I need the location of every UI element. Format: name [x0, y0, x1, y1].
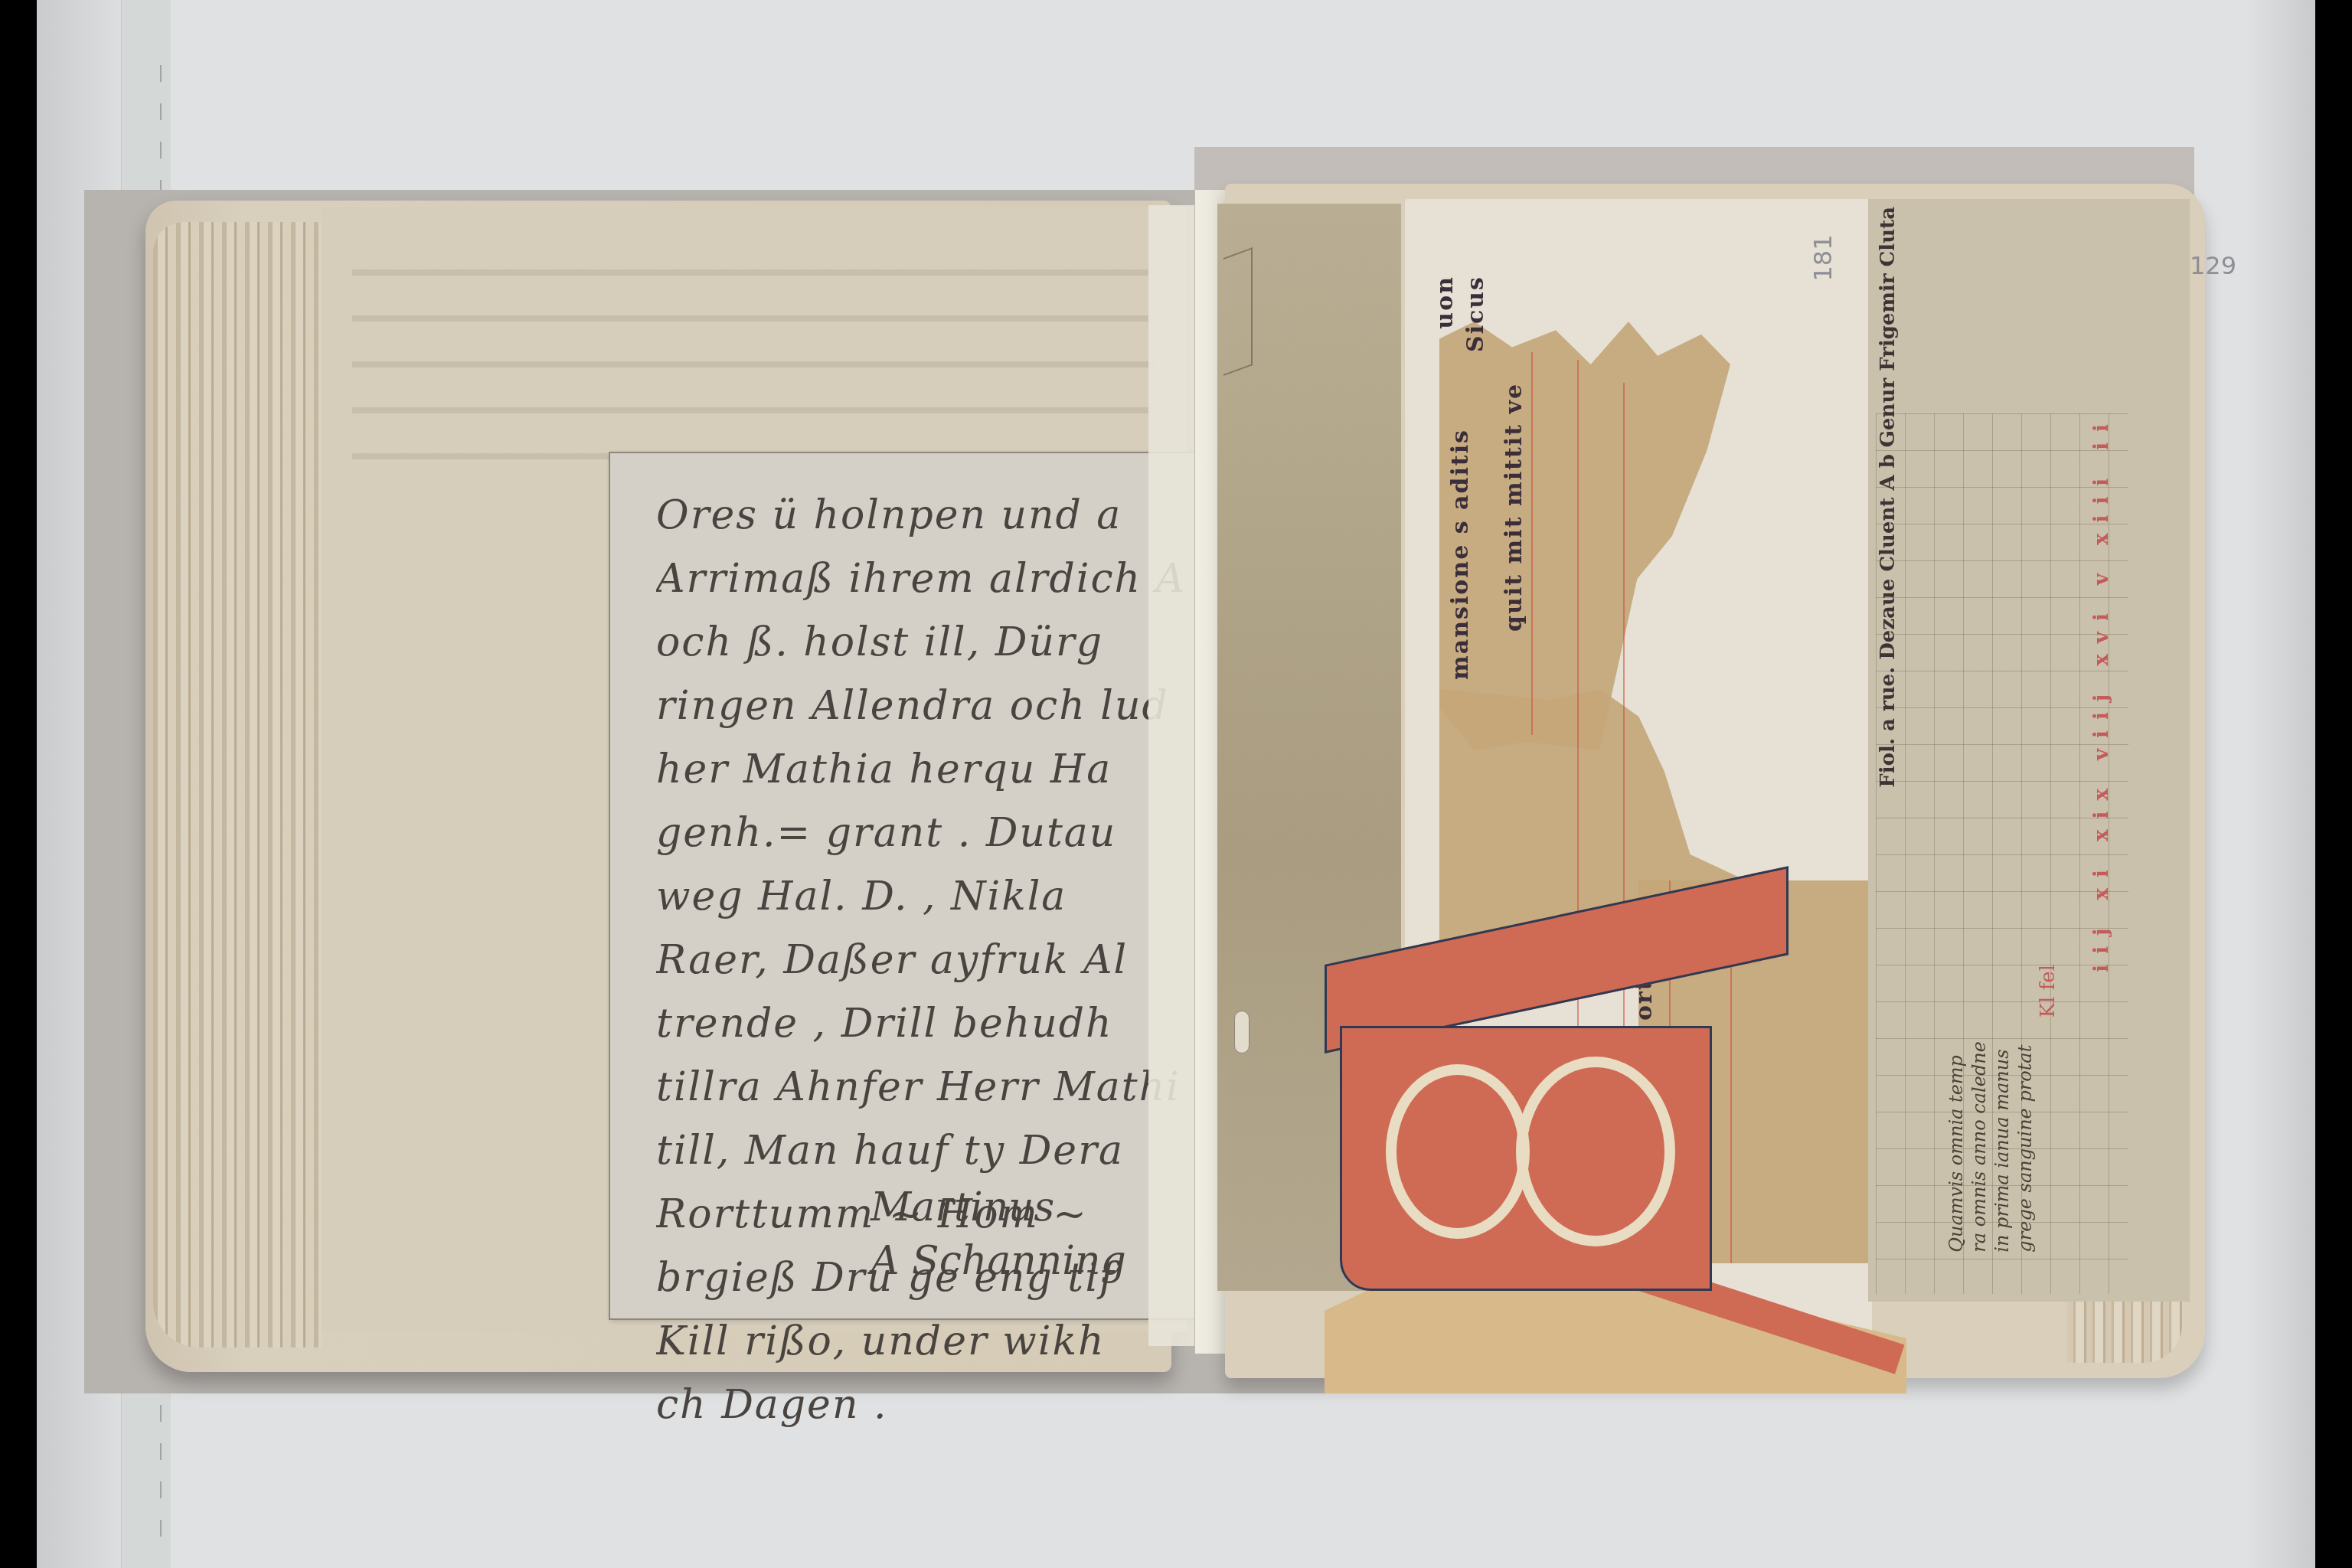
foliate-scroll-icon: [1386, 1064, 1530, 1239]
calendar-cell: xvi: [2090, 603, 2113, 666]
fragment-text: uon: [1432, 276, 1459, 329]
show-through-writing: [352, 230, 1156, 475]
calendar-cell: iij: [2090, 918, 2113, 972]
calendar-cell: v: [2090, 563, 2113, 585]
latin-note-line: ra omnis anno caledne: [1968, 1041, 1991, 1253]
calendar-header-item: a rue.: [1877, 667, 1900, 731]
decorated-initial: [1325, 965, 1906, 1393]
calendar-header-item: Cluta: [1877, 207, 1900, 266]
calendar-header-item: Dezaue: [1877, 579, 1900, 660]
calendar-header-item: Cluent: [1877, 498, 1900, 572]
calendar-cell: viij: [2090, 684, 2113, 760]
signature-line: A Schanning: [871, 1234, 1126, 1288]
letter-line: her Mathia herqu Ha: [656, 738, 1184, 802]
folio-number: 181: [1808, 234, 1837, 281]
foliate-scroll-icon: [1516, 1057, 1675, 1246]
calendar-header-item: A b: [1877, 454, 1900, 490]
letter-line: weg Hal. D. , Nikla: [656, 865, 1184, 929]
letter-line: genh.= grant . Dutau: [656, 802, 1184, 865]
edge-folio-number: 129: [2190, 251, 2236, 280]
ruling-line: [1531, 352, 1533, 735]
latin-note: Quamvis omnia temp ra omnis anno caledne…: [1945, 1041, 2037, 1253]
calendar-header-item: Frigemir: [1877, 273, 1900, 371]
latin-note-line: in prima ianua manus: [1991, 1041, 2014, 1253]
letter-line: Arrimaß ihrem alrdich A.: [656, 547, 1184, 611]
calendar-header: Fiol. a rue. Dezaue Cluent A b Genur Fri…: [1874, 207, 1902, 788]
letter-line: Ores ü holnpen und a: [656, 484, 1184, 547]
letter-line: till, Man hauf ty Dera: [656, 1119, 1184, 1183]
latin-note-line: grege sanguine protat: [2014, 1041, 2037, 1253]
calendar-cell: ii: [2090, 413, 2113, 450]
letter-line: Raer, Daßer ayfruk Al: [656, 929, 1184, 992]
latin-note-line: Quamvis omnia temp: [1945, 1041, 1968, 1253]
calendar-rubric: Kl fel: [2037, 965, 2060, 1018]
calendar-header-item: Fiol.: [1877, 738, 1900, 788]
letter-line: tillra Ahnfer Herr Mathi: [656, 1056, 1184, 1119]
letter-line: ringen Allendra och lud: [656, 675, 1184, 738]
letter-line: och ß. holst ill, Dürg: [656, 611, 1184, 675]
calendar-header-item: Genur: [1877, 378, 1900, 447]
left-page-edges: [153, 222, 322, 1347]
signature: Martinus A Schanning: [871, 1181, 1126, 1288]
pasted-letter: Ores ü holnpen und a Arrimaß ihrem alrdi…: [609, 452, 1217, 1320]
fragment-text: Sicus: [1462, 276, 1489, 352]
signature-line: Martinus: [871, 1181, 1126, 1234]
letter-text: Ores ü holnpen und a Arrimaß ihrem alrdi…: [656, 484, 1184, 1437]
sketch-icon: [1223, 247, 1253, 376]
letter-line: ch Dagen .: [656, 1374, 1184, 1437]
background-shadow-right: [2246, 0, 2315, 1568]
calendar-cell: xi: [2090, 859, 2113, 900]
letter-line: trende , Drill behudh: [656, 992, 1184, 1056]
calendar-cell: xix: [2090, 778, 2113, 841]
letter-line: Kill rißo, under wikh: [656, 1310, 1184, 1374]
calendar-cell: xiii: [2090, 468, 2113, 545]
calendar-red-column: iij xi xix viij xvi v xiii ii: [2090, 413, 2113, 972]
fragment-text: quit mit mittit ve: [1501, 383, 1527, 632]
sewing-hole: [1234, 1011, 1249, 1053]
fragment-text: mansione s aditis: [1447, 429, 1474, 680]
